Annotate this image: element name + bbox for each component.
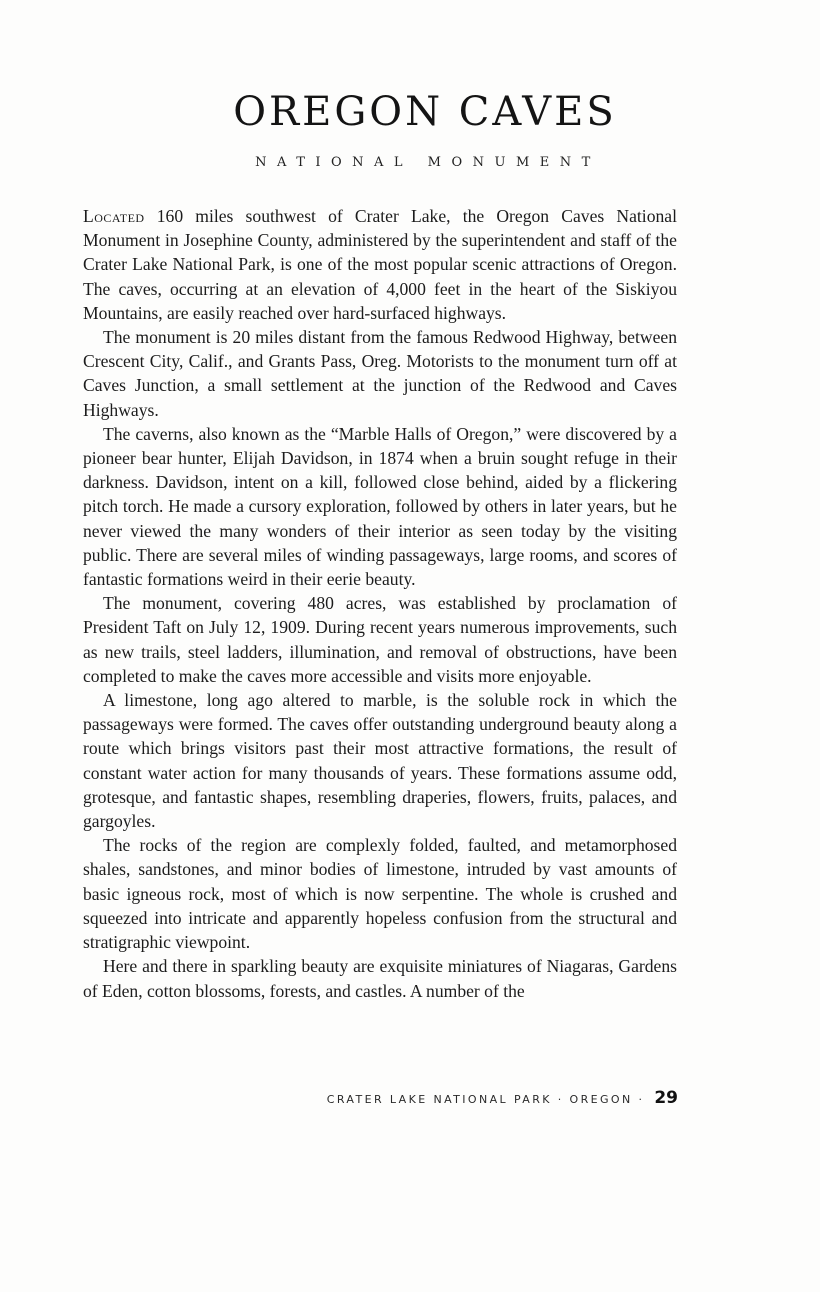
page-number: 29 — [654, 1088, 678, 1108]
paragraph: Located 160 miles southwest of Crater La… — [83, 204, 677, 325]
running-head: CRATER LAKE NATIONAL PARK · OREGON · — [327, 1093, 645, 1106]
running-footer: CRATER LAKE NATIONAL PARK · OREGON · 29 — [327, 1088, 678, 1108]
article-body: Located 160 miles southwest of Crater La… — [83, 204, 677, 1003]
paragraph: A limestone, long ago altered to marble,… — [83, 688, 677, 833]
paragraph: The monument, covering 480 acres, was es… — [83, 591, 677, 688]
document-page: OREGON CAVES NATIONAL MONUMENT Located 1… — [0, 0, 820, 1292]
paragraph: The monument is 20 miles distant from th… — [83, 325, 677, 422]
paragraph: The caverns, also known as the “Marble H… — [83, 422, 677, 591]
paragraph: Here and there in sparkling beauty are e… — [83, 954, 677, 1002]
page-title: OREGON CAVES — [0, 89, 820, 135]
paragraph: The rocks of the region are complexly fo… — [83, 833, 677, 954]
lead-word: Located — [83, 206, 145, 226]
page-subtitle: NATIONAL MONUMENT — [0, 155, 820, 170]
